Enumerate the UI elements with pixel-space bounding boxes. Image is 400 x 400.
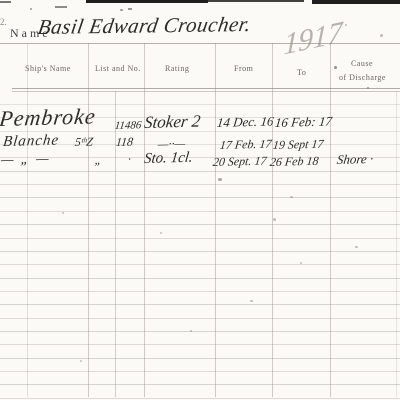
ruled-row-line xyxy=(0,304,400,305)
scan-artifact-top-edge xyxy=(86,0,208,3)
scan-artifact-top-edge xyxy=(206,0,304,2)
row3-rating: Sto. 1cl. xyxy=(143,150,194,168)
column-header-ships-name: Ship's Name xyxy=(25,64,71,73)
scan-artifact-dash xyxy=(55,6,67,8)
ruled-row-line xyxy=(0,331,400,332)
ruled-row-line xyxy=(0,157,400,158)
ruled-row-line xyxy=(0,104,400,105)
ruled-row-line xyxy=(0,224,400,225)
ruled-row-line xyxy=(0,264,400,265)
row2-list-number: 118 xyxy=(115,135,134,150)
ruled-row-line xyxy=(0,358,400,359)
ruled-row-line xyxy=(0,131,400,132)
column-rule xyxy=(115,91,116,397)
ruled-row-line xyxy=(0,238,400,239)
ruled-row-line xyxy=(0,318,400,319)
header-bottom-rule xyxy=(12,88,400,89)
column-rule xyxy=(88,43,89,397)
row3-list-division-ditto: „ xyxy=(94,153,102,168)
ruled-row-line xyxy=(0,251,400,252)
scan-artifact-top-edge xyxy=(312,0,400,4)
service-record-page: 2. Name Basil Edward Croucher. 1917 Ship… xyxy=(0,0,400,400)
name-value-handwritten: Basil Edward Croucher. xyxy=(36,12,253,40)
column-rule xyxy=(27,43,28,397)
ruled-row-line xyxy=(0,384,400,385)
ruled-row-line xyxy=(0,184,400,185)
column-rule xyxy=(215,43,216,397)
name-underline xyxy=(0,43,400,44)
column-rule xyxy=(144,43,145,397)
row2-list-division: 5ᵗʰZ xyxy=(74,134,94,150)
column-header-cause-line2: of Discharge xyxy=(339,73,386,82)
row2-ship-name: Blanche xyxy=(2,132,60,151)
ruled-row-line xyxy=(0,144,400,145)
margin-mark: 2. xyxy=(0,17,7,27)
column-rule xyxy=(396,91,397,397)
row3-to-date: 26 Feb 18 xyxy=(269,154,319,170)
column-rule xyxy=(272,43,273,397)
pencil-annotation: 1917 xyxy=(283,15,343,62)
row1-to-date: 16 Feb: 17 xyxy=(274,113,333,131)
ruled-row-line xyxy=(0,371,400,372)
ruled-row-line xyxy=(0,211,400,212)
ruled-row-line xyxy=(0,278,400,279)
ruled-row-line xyxy=(0,291,400,292)
scan-artifact-top-edge xyxy=(0,1,11,3)
printed-dot xyxy=(334,66,337,69)
column-header-from: From xyxy=(234,64,253,73)
row1-from-date: 14 Dec. 16 xyxy=(216,113,274,131)
row3-from-date: 20 Sept. 17 xyxy=(212,154,267,170)
scan-artifact-dot xyxy=(128,8,132,10)
ruled-row-line xyxy=(0,171,400,172)
ruled-row-line xyxy=(0,117,400,118)
column-header-rating: Rating xyxy=(165,64,189,73)
column-header-list-and-no: List and No. xyxy=(95,64,141,73)
header-bottom-rule xyxy=(12,91,400,92)
column-header-cause-line1: Cause xyxy=(351,59,373,68)
column-header-to: To xyxy=(297,68,306,77)
ruled-row-line xyxy=(0,398,400,399)
row3-ship-name-ditto: — „ — xyxy=(0,152,51,169)
ruled-row-line xyxy=(0,344,400,345)
row3-cause-of-discharge: Shore · xyxy=(336,151,374,168)
row3-list-number-ditto: · xyxy=(127,152,132,167)
ruled-row-line xyxy=(0,197,400,198)
column-rule xyxy=(330,43,331,397)
